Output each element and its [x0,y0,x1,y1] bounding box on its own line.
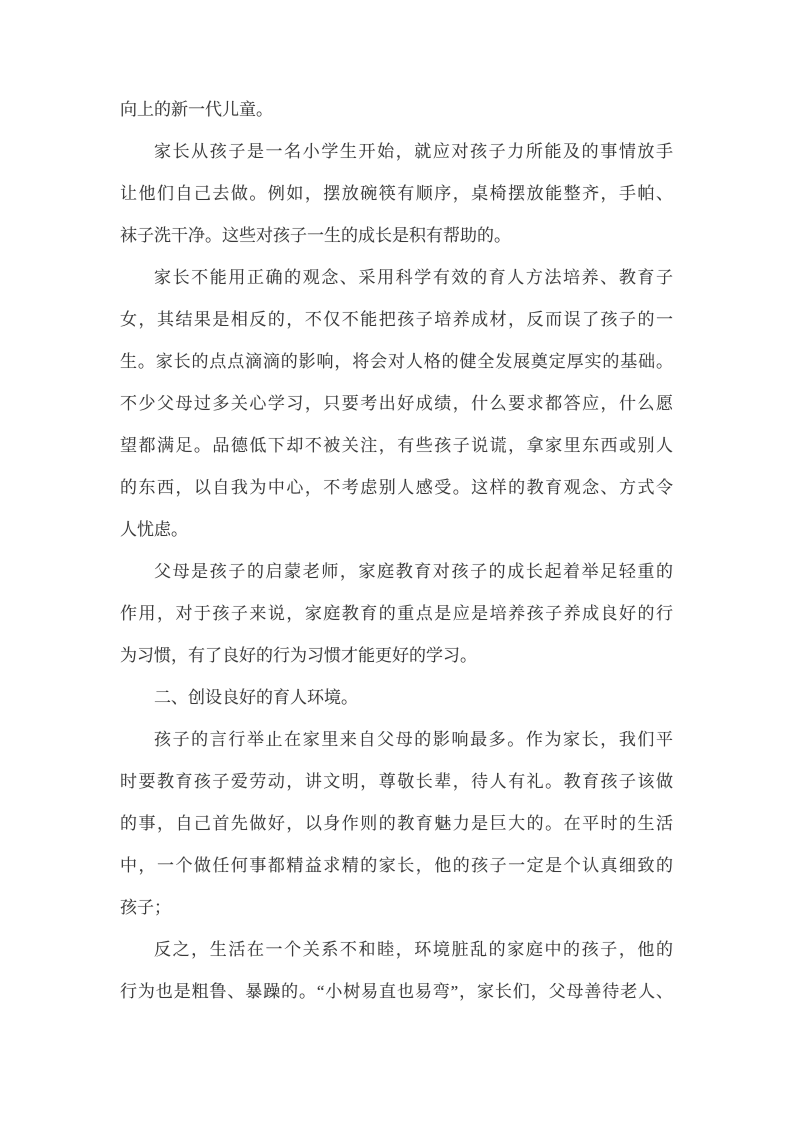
text-line: 二、创设良好的育人环境。 [120,677,673,719]
text-line: 孩子的言行举止在家里来自父母的影响最多。作为家长，我们平 [120,719,673,761]
text-line: 望都满足。品德低下却不被关注，有些孩子说谎，拿家里东西或别人 [120,425,673,467]
text-line: 孩子； [120,887,673,929]
text-line: 反之，生活在一个关系不和睦，环境脏乱的家庭中的孩子，他的 [120,929,673,971]
document-body: 向上的新一代儿童。家长从孩子是一名小学生开始，就应对孩子力所能及的事情放手让他们… [120,89,673,1013]
text-line: 袜子洗干净。这些对孩子一生的成长是积有帮助的。 [120,215,673,257]
text-line: 女，其结果是相反的，不仅不能把孩子培养成材，反而误了孩子的一 [120,299,673,341]
text-line: 家长从孩子是一名小学生开始，就应对孩子力所能及的事情放手 [120,131,673,173]
text-line: 向上的新一代儿童。 [120,89,673,131]
document-page: 向上的新一代儿童。家长从孩子是一名小学生开始，就应对孩子力所能及的事情放手让他们… [0,0,793,1122]
text-line: 作用，对于孩子来说，家庭教育的重点是应是培养孩子养成良好的行 [120,593,673,635]
text-line: 时要教育孩子爱劳动，讲文明，尊敬长辈，待人有礼。教育孩子该做 [120,761,673,803]
text-line: 为习惯，有了良好的行为习惯才能更好的学习。 [120,635,673,677]
text-line: 生。家长的点点滴滴的影响，将会对人格的健全发展奠定厚实的基础。 [120,341,673,383]
text-line: 家长不能用正确的观念、采用科学有效的育人方法培养、教育子 [120,257,673,299]
text-line: 中，一个做任何事都精益求精的家长，他的孩子一定是个认真细致的 [120,845,673,887]
text-line: 的东西，以自我为中心，不考虑别人感受。这样的教育观念、方式令 [120,467,673,509]
text-line: 的事，自己首先做好，以身作则的教育魅力是巨大的。在平时的生活 [120,803,673,845]
text-line: 人忧虑。 [120,509,673,551]
text-line: 不少父母过多关心学习，只要考出好成绩，什么要求都答应，什么愿 [120,383,673,425]
text-line: 行为也是粗鲁、暴躁的。“小树易直也易弯”，家长们，父母善待老人、 [120,971,673,1013]
text-line: 让他们自己去做。例如，摆放碗筷有顺序，桌椅摆放能整齐，手帕、 [120,173,673,215]
text-line: 父母是孩子的启蒙老师，家庭教育对孩子的成长起着举足轻重的 [120,551,673,593]
